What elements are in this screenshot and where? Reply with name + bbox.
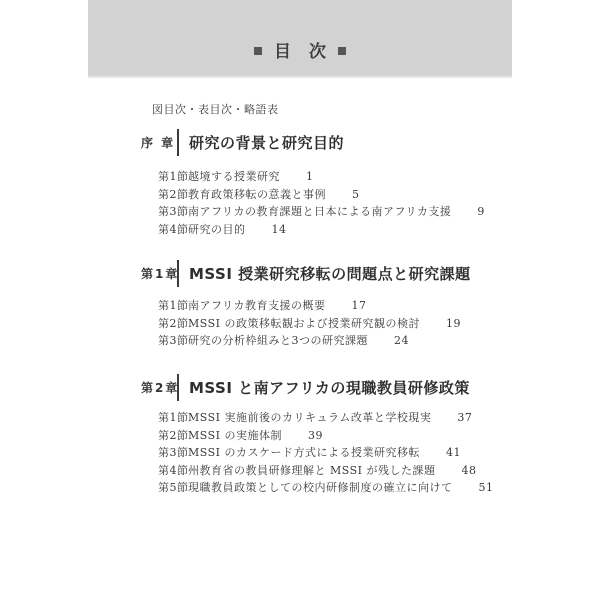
section-title: 現職教員政策としての校内研修制度の確立に向けて bbox=[188, 479, 453, 495]
section-list: 第1節 越境する授業研究 1 第2節 教育政策移転の意義と事例 5 第3節 南ア… bbox=[158, 168, 485, 238]
page-number: 17 bbox=[351, 299, 366, 312]
heading-divider-bar bbox=[177, 129, 179, 156]
chapter-label: 第2章 bbox=[141, 379, 177, 396]
chapter-heading: 序 章 研究の背景と研究目的 bbox=[141, 129, 485, 155]
section-number: 第2節 bbox=[158, 427, 188, 443]
square-bullet-icon bbox=[254, 47, 262, 55]
page-number: 24 bbox=[394, 334, 409, 347]
section-number: 第4節 bbox=[158, 221, 188, 237]
section-number: 第2節 bbox=[158, 315, 188, 331]
toc-entry: 第5節 現職教員政策としての校内研修制度の確立に向けて 51 bbox=[158, 479, 494, 497]
section-title: 州教育省の教員研修理解と MSSI が残した課題 bbox=[188, 462, 435, 478]
section-list: 第1節 MSSI 実施前後のカリキュラム改革と学校現実 37 第2節 MSSI … bbox=[158, 409, 494, 497]
chapter-heading: 第1章 MSSI 授業研究移転の問題点と研究課題 bbox=[141, 260, 471, 286]
page-number: 1 bbox=[306, 170, 314, 183]
frontmatter-line: 図目次・表目次・略語表 bbox=[152, 101, 279, 117]
section-number: 第1節 bbox=[158, 297, 188, 313]
toc-entry: 第1節 南アフリカ教育支援の概要 17 bbox=[158, 297, 471, 315]
section-number: 第1節 bbox=[158, 168, 188, 184]
chapter-block-2: 第2章 MSSI と南アフリカの現職教員研修政策 第1節 MSSI 実施前後のカ… bbox=[141, 374, 494, 497]
section-number: 第3節 bbox=[158, 203, 188, 219]
header-band: 目 次 bbox=[88, 0, 512, 78]
toc-entry: 第2節 MSSI の実施体制 39 bbox=[158, 427, 494, 445]
section-title: 南アフリカ教育支援の概要 bbox=[188, 297, 325, 313]
page-number: 39 bbox=[308, 429, 323, 442]
chapter-title: 研究の背景と研究目的 bbox=[189, 132, 344, 153]
section-number: 第1節 bbox=[158, 409, 188, 425]
chapter-block-intro: 序 章 研究の背景と研究目的 第1節 越境する授業研究 1 第2節 教育政策移転… bbox=[141, 129, 485, 238]
section-title: 越境する授業研究 bbox=[188, 168, 280, 184]
heading-divider-bar bbox=[177, 260, 179, 287]
page-number: 41 bbox=[446, 446, 461, 459]
section-number: 第4節 bbox=[158, 462, 188, 478]
chapter-title: MSSI 授業研究移転の問題点と研究課題 bbox=[189, 263, 471, 284]
section-title: MSSI のカスケード方式による授業研究移転 bbox=[188, 444, 420, 460]
chapter-heading: 第2章 MSSI と南アフリカの現職教員研修政策 bbox=[141, 374, 494, 400]
chapter-label: 第1章 bbox=[141, 265, 177, 282]
toc-page: 目 次 図目次・表目次・略語表 序 章 研究の背景と研究目的 第1節 越境する授… bbox=[0, 0, 600, 600]
section-title: 研究の分析枠組みと3つの研究課題 bbox=[188, 332, 368, 348]
page-number: 37 bbox=[457, 411, 472, 424]
section-title: 教育政策移転の意義と事例 bbox=[188, 186, 326, 202]
chapter-title: MSSI と南アフリカの現職教員研修政策 bbox=[189, 377, 470, 398]
section-number: 第3節 bbox=[158, 444, 188, 460]
page-number: 9 bbox=[477, 205, 485, 218]
section-title: MSSI の政策移転観および授業研究観の検討 bbox=[188, 315, 420, 331]
page-number: 51 bbox=[479, 481, 494, 494]
section-title: MSSI 実施前後のカリキュラム改革と学校現実 bbox=[188, 409, 431, 425]
page-number: 19 bbox=[446, 317, 461, 330]
toc-entry: 第2節 MSSI の政策移転観および授業研究観の検討 19 bbox=[158, 315, 471, 333]
section-list: 第1節 南アフリカ教育支援の概要 17 第2節 MSSI の政策移転観および授業… bbox=[158, 297, 471, 350]
toc-entry: 第4節 州教育省の教員研修理解と MSSI が残した課題 48 bbox=[158, 462, 494, 480]
section-number: 第3節 bbox=[158, 332, 188, 348]
section-title: 南アフリカの教育課題と日本による南アフリカ支援 bbox=[188, 203, 451, 219]
section-number: 第5節 bbox=[158, 479, 188, 495]
heading-divider-bar bbox=[177, 374, 179, 401]
square-bullet-icon bbox=[338, 47, 346, 55]
page-title: 目 次 bbox=[88, 44, 512, 61]
toc-entry: 第3節 南アフリカの教育課題と日本による南アフリカ支援 9 bbox=[158, 203, 485, 221]
page-number: 48 bbox=[461, 464, 476, 477]
page-title-text: 目 次 bbox=[274, 42, 332, 62]
section-number: 第2節 bbox=[158, 186, 188, 202]
section-title: 研究の目的 bbox=[188, 221, 246, 237]
section-title: MSSI の実施体制 bbox=[188, 427, 282, 443]
toc-entry: 第3節 MSSI のカスケード方式による授業研究移転 41 bbox=[158, 444, 494, 462]
toc-entry: 第2節 教育政策移転の意義と事例 5 bbox=[158, 186, 485, 204]
toc-entry: 第3節 研究の分析枠組みと3つの研究課題 24 bbox=[158, 332, 471, 350]
page-number: 5 bbox=[352, 188, 360, 201]
chapter-block-1: 第1章 MSSI 授業研究移転の問題点と研究課題 第1節 南アフリカ教育支援の概… bbox=[141, 260, 471, 350]
chapter-label: 序 章 bbox=[141, 134, 177, 151]
page-number: 14 bbox=[272, 223, 287, 236]
toc-entry: 第1節 MSSI 実施前後のカリキュラム改革と学校現実 37 bbox=[158, 409, 494, 427]
toc-entry: 第1節 越境する授業研究 1 bbox=[158, 168, 485, 186]
toc-entry: 第4節 研究の目的 14 bbox=[158, 221, 485, 239]
